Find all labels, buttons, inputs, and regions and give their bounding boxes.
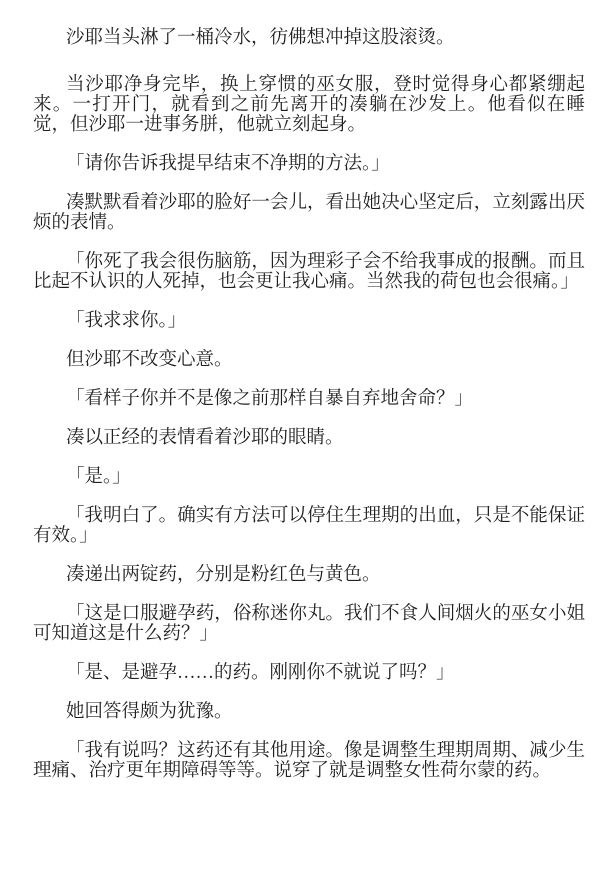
paragraph-4: 凑默默看着沙耶的脸好一会儿，看出她决心坚定后，立刻露出厌烦的表情。 bbox=[33, 193, 585, 233]
paragraph-8: 「看样子你并不是像之前那样自暴自弃地舍命？」 bbox=[33, 389, 585, 409]
paragraph-10: 「是。」 bbox=[33, 467, 585, 487]
paragraph-3: 「请你告诉我提早结束不净期的方法。」 bbox=[33, 154, 585, 174]
paragraph-16: 「我有说吗？这药还有其他用途。像是调整生理期周期、减少生理痛、治疗更年期障碍等等… bbox=[33, 741, 585, 781]
paragraph-15: 她回答得颇为犹豫。 bbox=[33, 702, 585, 722]
paragraph-9: 凑以正经的表情看着沙耶的眼睛。 bbox=[33, 428, 585, 448]
paragraph-1: 沙耶当头淋了一桶冷水，彷佛想冲掉这股滚烫。 bbox=[33, 28, 585, 48]
page-text: 沙耶当头淋了一桶冷水，彷佛想冲掉这股滚烫。当沙耶净身完毕，换上穿惯的巫女服，登时… bbox=[33, 28, 585, 800]
paragraph-5: 「你死了我会很伤脑筋，因为理彩子会不给我事成的报酬。而且比起不认识的人死掉，也会… bbox=[33, 252, 585, 292]
paragraph-11: 「我明白了。确实有方法可以停住生理期的出血，只是不能保证有效。」 bbox=[33, 506, 585, 546]
paragraph-13: 「这是口服避孕药，俗称迷你丸。我们不食人间烟火的巫女小姐可知道这是什么药？」 bbox=[33, 604, 585, 644]
paragraph-2: 当沙耶净身完毕，换上穿惯的巫女服，登时觉得身心都紧绷起来。一打开门，就看到之前先… bbox=[33, 75, 585, 135]
paragraph-6: 「我求求你。」 bbox=[33, 311, 585, 331]
paragraph-7: 但沙耶不改变心意。 bbox=[33, 350, 585, 370]
novel-page: 沙耶当头淋了一桶冷水，彷佛想冲掉这股滚烫。当沙耶净身完毕，换上穿惯的巫女服，登时… bbox=[0, 0, 613, 869]
paragraph-12: 凑递出两锭药，分别是粉红色与黄色。 bbox=[33, 565, 585, 585]
paragraph-14: 「是、是避孕……的药。刚刚你不就说了吗？」 bbox=[33, 663, 585, 683]
